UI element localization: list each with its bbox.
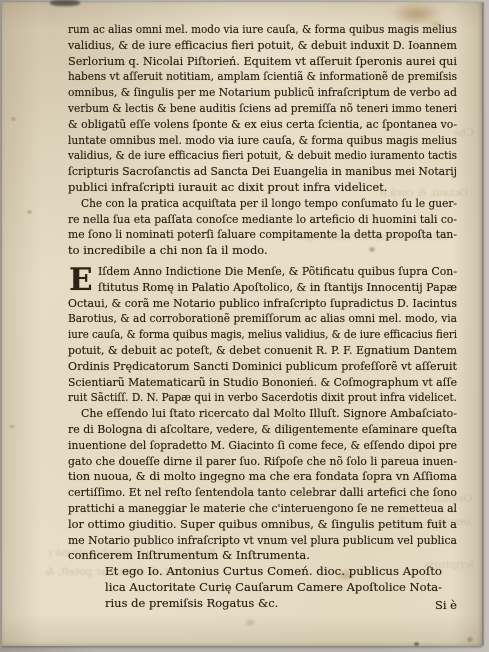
text-line: ruit Sãctiſſ. D. N. Papæ qui in verbo Sa… [68, 390, 457, 406]
text-line: ſtitutus Romę in Palatio Apoſtolico, & i… [68, 280, 457, 296]
text-line: ſcripturis Sacroſanctis ad Sancta Dei Eu… [68, 164, 457, 180]
text-line: Barotius, & ad corroborationẽ premiſſoru… [68, 311, 457, 327]
paper: ſtitutus Romę in Palatio Apoſtolico, & i… [2, 2, 482, 646]
text-line: me ſono li nominati poterſi ſaluare comp… [68, 227, 457, 243]
text-line: to incredibile a chi non ſa il modo. [68, 243, 457, 259]
text-line: me Notario publico infraſcripto vt vnum … [68, 533, 457, 549]
text-line: lica Auctoritate Curię Cauſarum Camere A… [105, 580, 442, 596]
fleck-bottom-right [466, 636, 474, 643]
text-line: conficerem Inſtrumentum & Inſtrumenta. [68, 548, 457, 564]
paragraph-italian-testimony: Che eſſendo lui ſtato ricercato dal Molt… [68, 406, 457, 564]
drop-cap-initial: E [69, 266, 93, 294]
spot-bottom-left [244, 618, 256, 627]
text-line: Et ego Io. Antonius Curtus Comeń. dioc. … [105, 564, 442, 580]
text-line: Ordinis Prędicatorum Sancti Dominici pub… [68, 359, 457, 375]
dot-left-margin-2 [27, 210, 32, 214]
paragraph-italian-oath: Che con la pratica acquiſtata per il lon… [68, 196, 457, 259]
text-line: gato che doueſſe dirne il parer ſuo. Riſ… [68, 454, 457, 470]
text-line: validius, & de iure efficacius fieri pot… [68, 148, 457, 164]
text-line: rius de premiſsis Rogatus &c. [105, 596, 442, 612]
paragraph-notary-subscription: Et ego Io. Antonius Curtus Comeń. dioc. … [105, 564, 442, 611]
text-line: publici infraſcripti iurauit ac dixit pr… [68, 180, 457, 196]
dot-bottom [414, 642, 419, 646]
text-line: Che con la pratica acquiſtata per il lon… [68, 196, 457, 212]
smudge-top-edge [50, 0, 80, 6]
text-line: verbum & lectis & bene auditis ſciens ad… [68, 101, 457, 117]
text-line: re di Bologna di aſcoltare, vedere, & di… [68, 422, 457, 438]
text-line: Che eſſendo lui ſtato ricercato dal Molt… [68, 406, 457, 422]
text-line: inuentione del ſopradetto M. Giacinto ſi… [68, 438, 457, 454]
text-line: prattichi a maneggiar le materie che c'i… [68, 501, 457, 517]
text-line: habens vt aſſeruit notitiam, amplam ſcie… [68, 69, 457, 85]
text-line: certiſſimo. Et nel reſto ſentendola tant… [68, 485, 457, 501]
text-line: Octaui, & corã me Notario publico infraſ… [68, 296, 457, 312]
text-line: re nella ſua eta paſſata conoſce mediant… [68, 212, 457, 228]
text-line: potuit, & debuit ac poteſt, & debet conu… [68, 343, 457, 359]
text-line: Serlorium q. Nicolai Piſtorień. Equitem … [68, 54, 457, 70]
paragraph-latin-acta: EIſdem Anno Indictione Die Menſe, & Põti… [68, 264, 457, 406]
text-line: lor ottimo giuditio. Super quibus omnibu… [68, 517, 457, 533]
text-block: rum ac alias omni mel. modo via iure cau… [68, 22, 457, 614]
text-line: luntate omnibus mel. modo via iure cauſa… [68, 133, 457, 149]
text-line: omnibus, & ſingulis per me Notarium publ… [68, 85, 457, 101]
scanned-book-page: ſtitutus Romę in Palatio Apoſtolico, & i… [0, 0, 489, 652]
text-line: & obligatũ eſſe volens ſponte & ex eius … [68, 117, 457, 133]
dot-left-margin-1 [10, 116, 17, 122]
paragraph-latin-oath: rum ac alias omni mel. modo via iure cau… [68, 22, 457, 196]
text-line: iure cauſa, & forma quibus magis, melius… [68, 327, 457, 343]
text-line: tion nuoua, & di molto ingegno ma che er… [68, 469, 457, 485]
text-line: Iſdem Anno Indictione Die Menſe, & Põtif… [68, 264, 457, 280]
text-line: rum ac alias omni mel. modo via iure cau… [68, 22, 457, 38]
text-line: Scientiarũ Matematicarũ in Studio Bononi… [68, 375, 457, 391]
dot-left-margin-3 [8, 424, 16, 429]
text-line: validius, & de iure efficacius fieri pot… [68, 38, 457, 54]
